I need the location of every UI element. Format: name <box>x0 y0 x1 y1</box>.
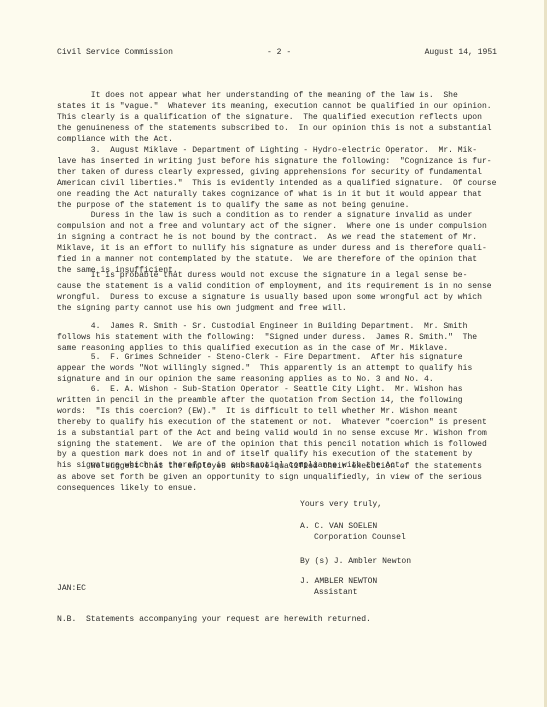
header-addressee: Civil Service Commission <box>57 48 173 59</box>
assistant-title: Assistant <box>314 588 357 599</box>
paragraph-line: as above set forth be given an opportuni… <box>57 473 502 484</box>
paragraph-line: compulsion and not a free and voluntary … <box>57 222 502 233</box>
signer-title: Corporation Counsel <box>314 533 406 544</box>
paragraph: We suggest that the employes who have qu… <box>57 462 502 495</box>
paragraph-line: ther taken of duress clearly expressed, … <box>57 168 502 179</box>
paragraph-line: American civil liberties." This is evide… <box>57 179 502 190</box>
paragraph-line: 3. August Miklave - Department of Lighti… <box>57 146 502 157</box>
paragraph-line: by a question mark does not in and of it… <box>57 450 502 461</box>
paragraph-line: lave has inserted in writing just before… <box>57 157 502 168</box>
paragraph-line: cause the statement is a valid condition… <box>57 282 502 293</box>
paragraph-line: words: "Is this coercion? (EW)." It is d… <box>57 407 502 418</box>
paragraph-line: in signing a contract he is not bound by… <box>57 233 502 244</box>
paragraph: It is probable that duress would not exc… <box>57 271 502 315</box>
paragraph-line: the signing party cannot use his own jud… <box>57 304 502 315</box>
by-line-signature: By (s) J. Ambler Newton <box>300 557 411 568</box>
paragraph-line: thereby to qualify his execution of the … <box>57 418 502 429</box>
paragraph-line: 6. E. A. Wishon - Sub-Station Operator -… <box>57 385 502 396</box>
assistant-name: J. AMBLER NEWTON <box>300 577 377 588</box>
paragraph-line: 5. F. Grimes Schneider - Steno-Clerk - F… <box>57 353 502 364</box>
paragraph-line: follows his statement with the following… <box>57 333 502 344</box>
paragraph: 5. F. Grimes Schneider - Steno-Clerk - F… <box>57 353 502 386</box>
paragraph-line: It does not appear what her understandin… <box>57 91 502 102</box>
paragraph: 4. James R. Smith - Sr. Custodial Engine… <box>57 322 502 355</box>
paragraph: 6. E. A. Wishon - Sub-Station Operator -… <box>57 385 502 472</box>
paragraph-line: consequences likely to ensue. <box>57 484 502 495</box>
header-page-number: - 2 - <box>267 48 291 59</box>
paragraph-line: fied in a manner not contemplated by the… <box>57 255 502 266</box>
header-date: August 14, 1951 <box>425 48 497 59</box>
signer-name: A. C. VAN SOELEN <box>300 522 377 533</box>
paragraph-line: the genuineness of the statements subscr… <box>57 124 502 135</box>
paragraph-line: is a substantial part of the Act and bei… <box>57 429 502 440</box>
paragraph: It does not appear what her understandin… <box>57 91 502 146</box>
paragraph-line: appear the words "Not willingly signed."… <box>57 364 502 375</box>
letter-page: Civil Service Commission - 2 - August 14… <box>0 0 547 707</box>
paragraph-line: Duress in the law is such a condition as… <box>57 211 502 222</box>
paragraph-line: compliance with the Act. <box>57 135 502 146</box>
paragraph-line: 4. James R. Smith - Sr. Custodial Engine… <box>57 322 502 333</box>
paragraph-line: wrongful. Duress to excuse a signature i… <box>57 293 502 304</box>
paragraph-line: Miklave, it is an effort to nullify his … <box>57 244 502 255</box>
paragraph-line: We suggest that the employes who have qu… <box>57 462 502 473</box>
nb-note: N.B. Statements accompanying your reques… <box>57 615 371 626</box>
typist-initials: JAN:EC <box>57 584 86 595</box>
closing-salutation: Yours very truly, <box>300 500 382 511</box>
paragraph: 3. August Miklave - Department of Lighti… <box>57 146 502 211</box>
paragraph-line: the purpose of the statement is to quali… <box>57 201 502 212</box>
paragraph: Duress in the law is such a condition as… <box>57 211 502 276</box>
paragraph-line: one reading the Act naturally takes cogn… <box>57 190 502 201</box>
paragraph-line: signing the statement. We are of the opi… <box>57 440 502 451</box>
paragraph-line: written in pencil in the preamble after … <box>57 396 502 407</box>
paragraph-line: This clearly is a qualification of the s… <box>57 113 502 124</box>
paragraph-line: states it is "vague." Whatever its meani… <box>57 102 502 113</box>
paragraph-line: It is probable that duress would not exc… <box>57 271 502 282</box>
letter-header: Civil Service Commission - 2 - August 14… <box>57 48 497 60</box>
